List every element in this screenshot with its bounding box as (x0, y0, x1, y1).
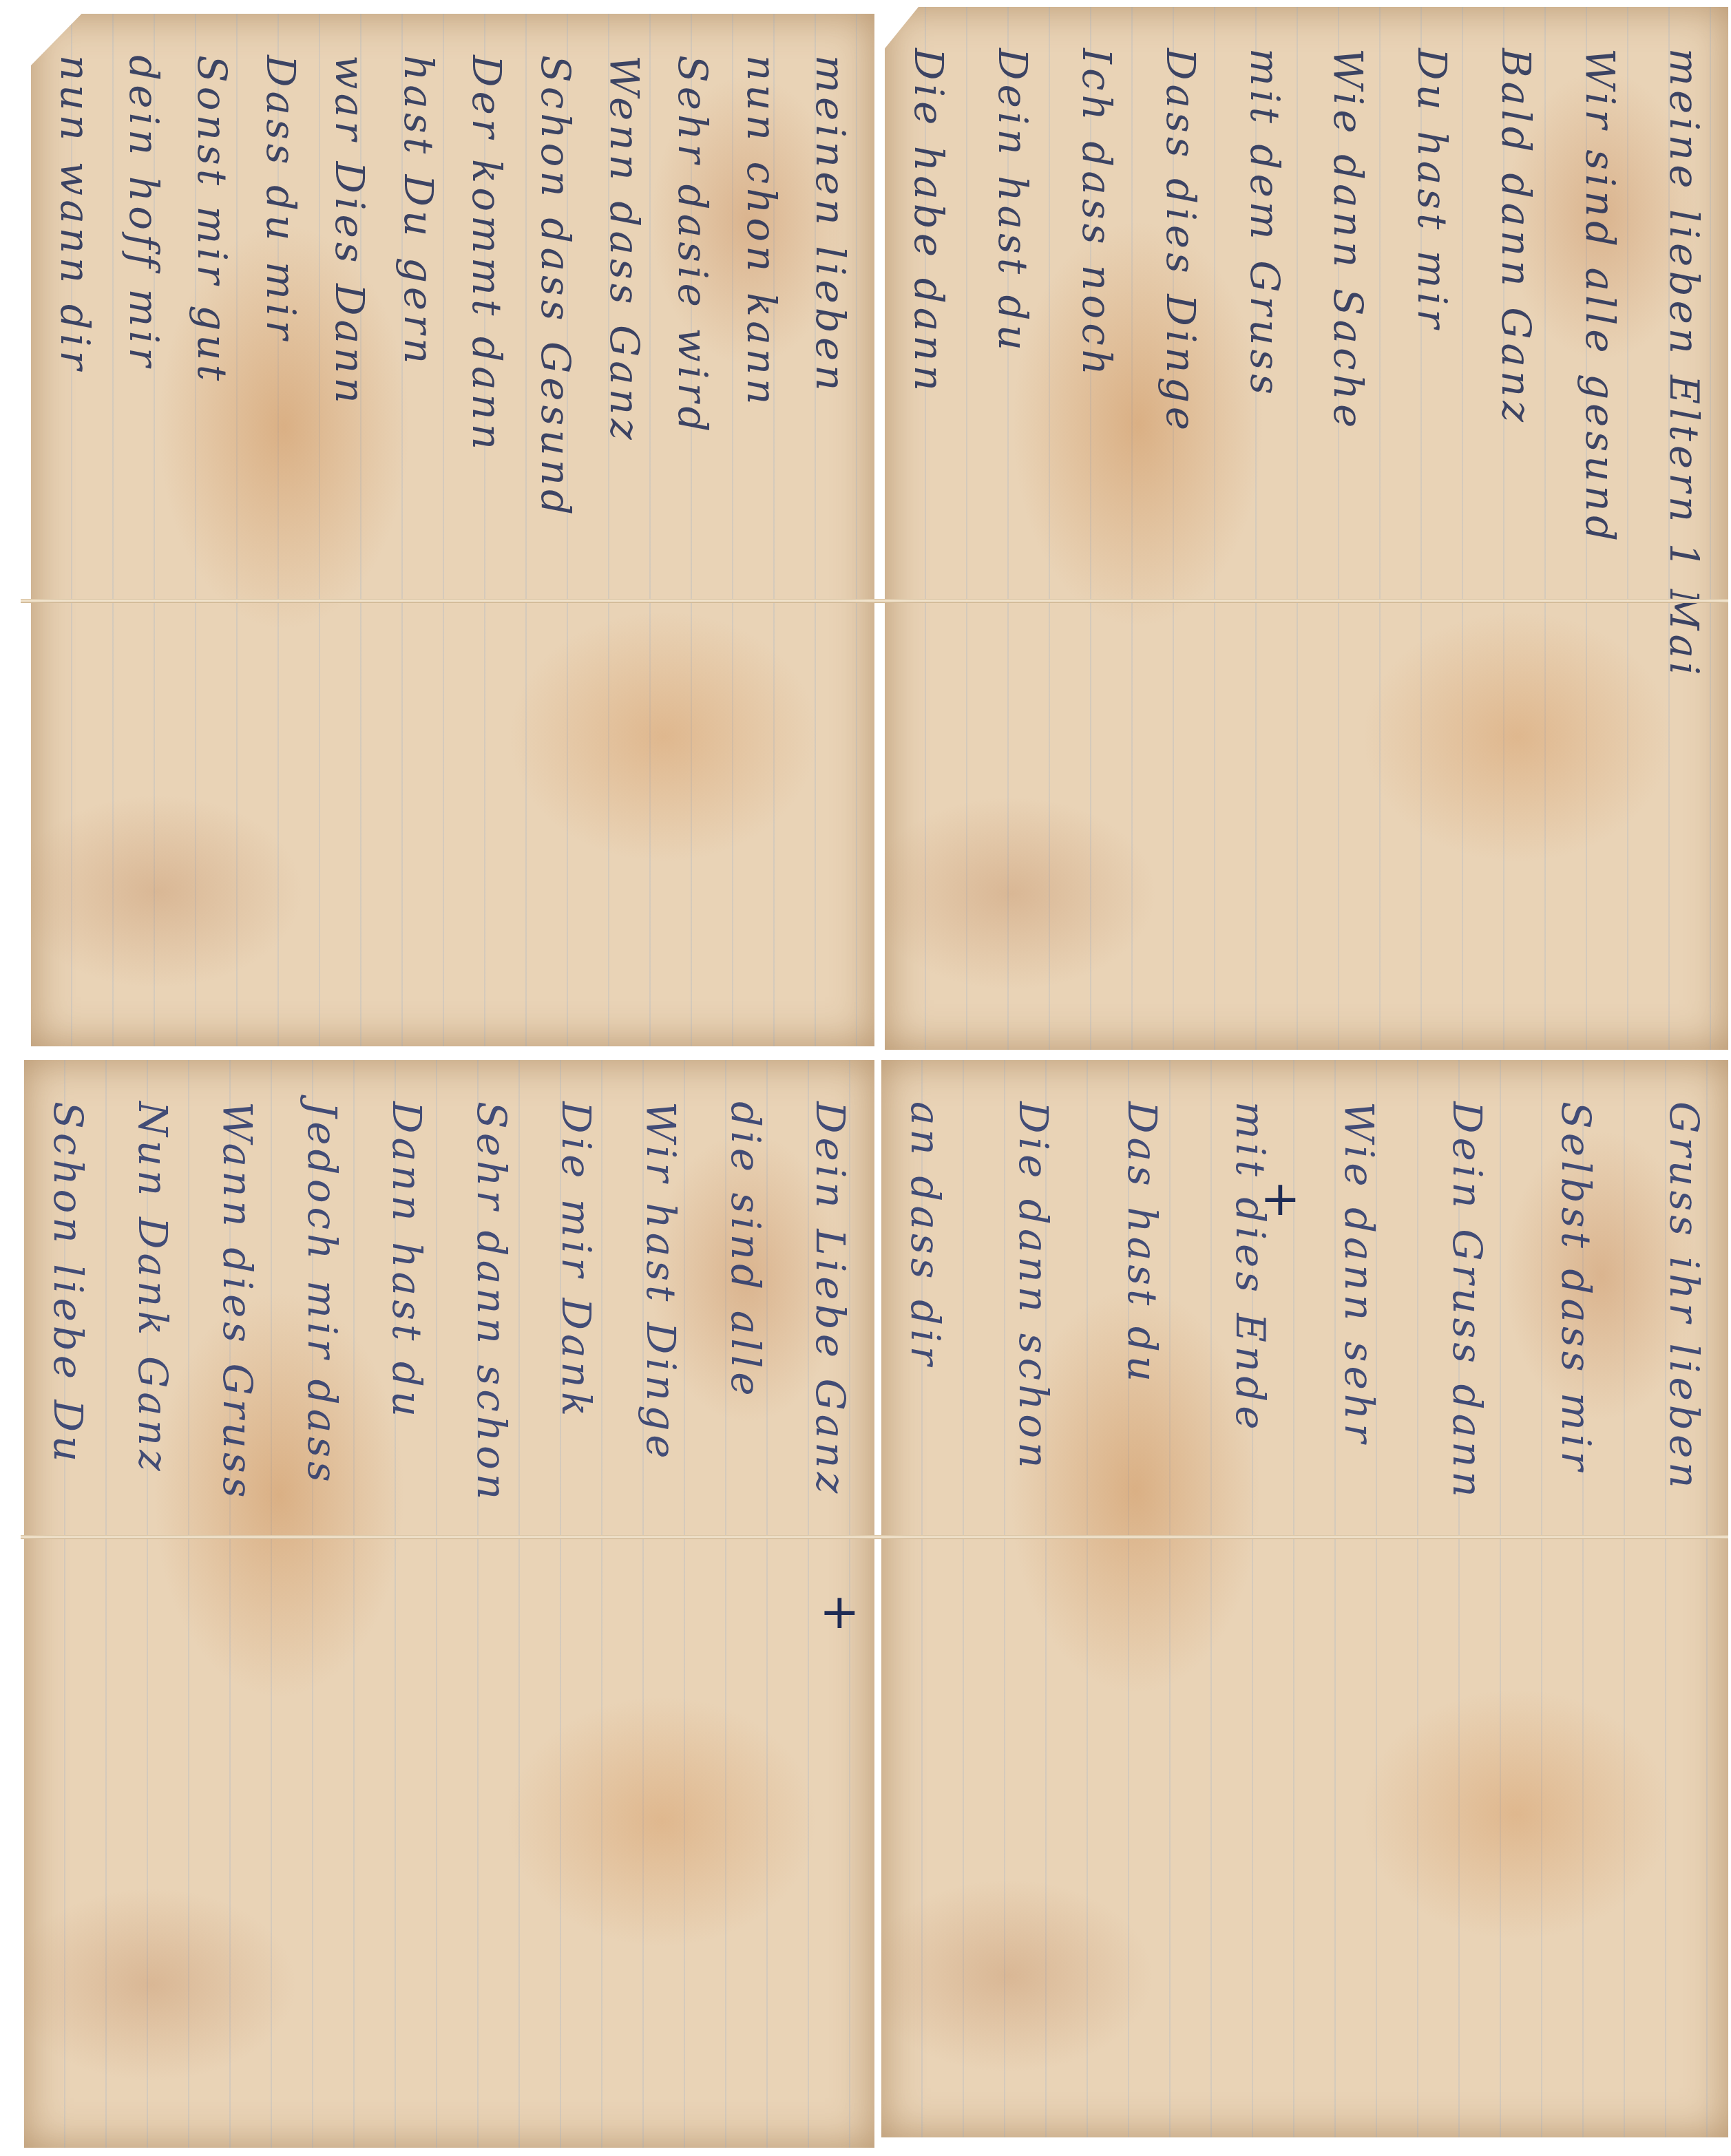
handwritten-line: nun chon kann (738, 55, 785, 1019)
letter-panel-bottom-left: Dein Liebe Ganz die sind alle Wir hast D… (24, 1060, 874, 2148)
fold-crease (21, 599, 1728, 603)
handwritten-line: war Dies Dann (326, 55, 373, 1019)
panel-text-bottom-right: Gruss ihr lieben Selbst dass mir Dein Gr… (902, 1101, 1708, 2110)
handwritten-line: Wann dies Gruss (214, 1101, 261, 2120)
handwritten-line: hast Du gern (395, 55, 442, 1019)
handwritten-line: dein hoff mir (120, 55, 167, 1019)
handwritten-line: meinen lieben (807, 55, 854, 1019)
handwritten-line: Der kommt dann (463, 55, 510, 1019)
handwritten-line: Die habe dann (905, 48, 952, 1022)
handwritten-line: Du hast mir (1409, 48, 1456, 1022)
letter-panel-top-left: meinen lieben nun chon kann Sehr dasie w… (31, 14, 874, 1046)
panel-text-top-left: meinen lieben nun chon kann Sehr dasie w… (52, 55, 854, 1019)
fold-crease (21, 1535, 1728, 1539)
handwritten-line: Wenn dass Ganz (601, 55, 648, 1019)
handwritten-line: Gruss ihr lieben (1661, 1101, 1708, 2110)
handwritten-line: Wir sind alle gesund (1577, 48, 1624, 1022)
handwritten-line: Selbst dass mir (1553, 1101, 1599, 2110)
handwritten-line: Wir hast Dinge (638, 1101, 684, 2120)
handwritten-line: Dein hast du (989, 48, 1036, 1022)
cross-mark: + (819, 1583, 860, 1640)
panel-text-bottom-left: Dein Liebe Ganz die sind alle Wir hast D… (45, 1101, 854, 2120)
handwritten-line: Ich dass noch (1073, 48, 1120, 1022)
handwritten-line: Dass du mir (258, 55, 304, 1019)
handwritten-line: Die dann schon (1010, 1101, 1057, 2110)
cross-mark: + (1260, 1170, 1301, 1227)
letter-panel-bottom-right: Gruss ihr lieben Selbst dass mir Dein Gr… (881, 1060, 1728, 2137)
handwritten-line: Bald dann Ganz (1493, 48, 1540, 1022)
handwritten-line: Schon liebe Du (45, 1101, 92, 2120)
handwritten-line: Die mir Dank (553, 1101, 600, 2120)
handwritten-line: an dass dir (902, 1101, 949, 2110)
handwritten-line: mit dies Ende (1227, 1101, 1274, 2110)
handwritten-line: meine lieben Eltern 1 Mai (1661, 48, 1708, 1022)
handwritten-line: Wie dann sehr (1336, 1101, 1383, 2110)
handwritten-line: Sehr dasie wird (669, 55, 716, 1019)
handwritten-line: Jedoch mir dass (299, 1101, 346, 2120)
handwritten-line: Dass dies Dinge (1157, 48, 1204, 1022)
handwritten-line: Dein Gruss dann (1444, 1101, 1491, 2110)
handwritten-line: Das hast du (1119, 1101, 1166, 2110)
handwritten-line: Sehr dann schon (468, 1101, 515, 2120)
handwritten-line: Sonst mir gut (189, 55, 235, 1019)
handwritten-line: Schon dass Gesund (532, 55, 579, 1019)
handwritten-line: nun wann dir (52, 55, 98, 1019)
handwritten-line: Dann hast du (384, 1101, 430, 2120)
panel-text-top-right: meine lieben Eltern 1 Mai Wir sind alle … (905, 48, 1708, 1022)
handwritten-line: die sind alle (722, 1101, 769, 2120)
handwritten-line: mit dem Gruss (1241, 48, 1288, 1022)
letter-panel-top-right: meine lieben Eltern 1 Mai Wir sind alle … (885, 7, 1728, 1050)
handwritten-line: Nun Dank Ganz (129, 1101, 176, 2120)
handwritten-line: Wie dann Sache (1325, 48, 1372, 1022)
